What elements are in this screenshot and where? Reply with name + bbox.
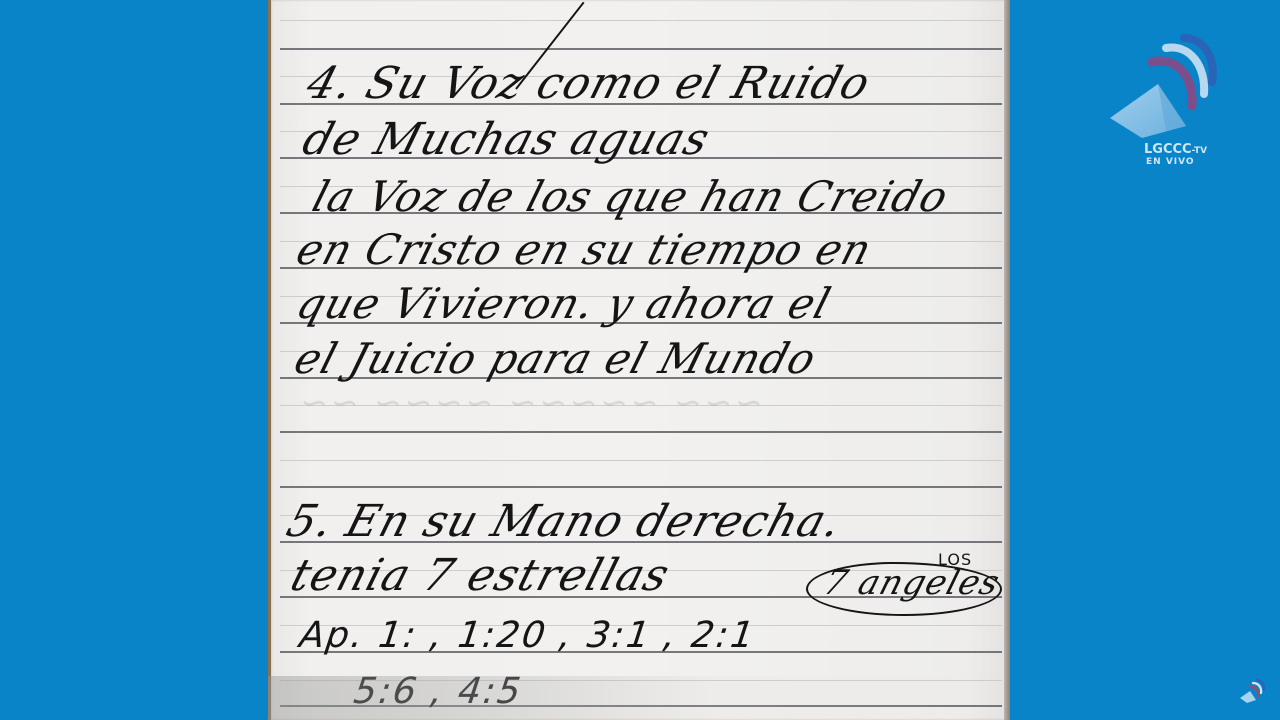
channel-name-text: LGCCC (1144, 142, 1192, 157)
corner-watermark (1238, 678, 1266, 706)
faint-rule (280, 20, 1002, 21)
note-line-4-2: de Muchas aguas (298, 118, 715, 162)
video-frame: ~~~ ~~~~~ ~~~~ ~~ 4. Su Voz como el Ruid… (0, 0, 1280, 720)
pyramid-broadcast-icon (1238, 678, 1266, 706)
page-left-edge (268, 0, 271, 720)
note-line-5-2: tenia 7 estrellas (286, 554, 674, 598)
note-line-4-6: el Juicio para el Mundo (290, 338, 821, 380)
faint-rule (280, 460, 1002, 461)
note-annotation-angeles: 7 angeles (820, 566, 1004, 600)
notebook-page: ~~~ ~~~~~ ~~~~ ~~ 4. Su Voz como el Ruid… (268, 0, 1010, 720)
note-references-1: Ap. 1: , 1:20 , 3:1 , 2:1 (294, 618, 761, 654)
bleed-through-writing: ~~~ ~~~~~ ~~~~ ~~ (293, 383, 768, 423)
note-line-4-5: que Vivieron. y ahora el (292, 283, 836, 325)
channel-name: LGCCC-TV (1144, 142, 1207, 157)
note-line-4-1: 4. Su Voz como el Ruido (302, 62, 875, 106)
live-status-label: EN VIVO (1146, 157, 1195, 167)
hand-shadow (268, 676, 1010, 720)
note-line-5-1: 5. En su Mano derecha. (282, 500, 847, 544)
page-right-edge (1004, 0, 1010, 720)
channel-logo: LGCCC-TV EN VIVO (1106, 34, 1218, 170)
channel-name-suffix: -TV (1192, 146, 1208, 156)
ruled-line (280, 48, 1002, 50)
pyramid-broadcast-icon (1106, 34, 1218, 144)
note-line-4-4: en Cristo en su tiempo en (292, 229, 877, 271)
ruled-line (280, 486, 1002, 488)
note-line-4-3: la Voz de los que han Creido (308, 176, 953, 218)
ruled-line (280, 431, 1002, 433)
